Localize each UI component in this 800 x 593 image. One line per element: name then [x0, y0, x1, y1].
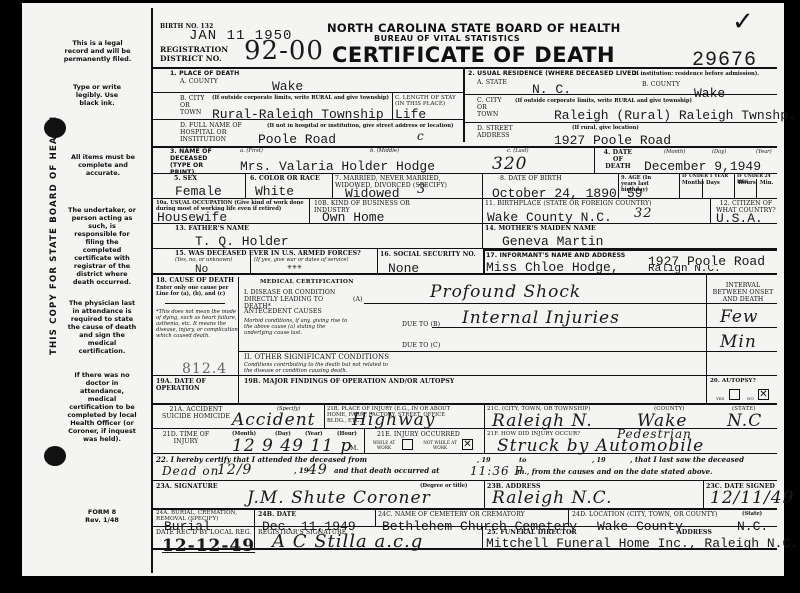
deceased-name-value: Mrs. Valaria Holder Hodge — [240, 160, 435, 174]
row-divider — [152, 92, 463, 93]
informant-label: 17. INFORMANT'S NAME AND ADDRESS — [486, 252, 625, 259]
seen-on: Dead on — [162, 462, 219, 480]
cause-a-line — [364, 303, 706, 304]
other-conditions-note: Conditions contributing to the death but… — [244, 362, 394, 374]
residence-city-value: Raleigh (Rural) Raleigh Twnshp. — [554, 109, 796, 123]
col-divider — [482, 223, 483, 248]
certify-text-2: and that death occurred at — [334, 468, 439, 474]
col-divider — [377, 248, 378, 273]
row-divider — [706, 303, 777, 304]
street-note: (If rural, give location) — [572, 125, 639, 131]
autopsy-label: 20. AUTOPSY? — [710, 378, 756, 385]
col-divider — [756, 179, 757, 198]
col-divider — [309, 198, 310, 223]
seen-date: 12/9 — [217, 461, 252, 479]
injury-type-value: Accident — [232, 411, 315, 429]
burial-date-label: 24b. DATE — [258, 511, 296, 518]
coroner-note: If there was no doctor in attendance, me… — [66, 371, 138, 443]
form-number: FORM 8 — [77, 508, 127, 516]
date-signed-value: 12/11/49 — [710, 489, 794, 507]
death-year-label: (Year) — [756, 149, 772, 155]
bureau-title: BUREAU OF VITAL STATISTICS — [374, 34, 520, 43]
cause-a-label: (a) — [353, 296, 363, 303]
informant-top — [483, 249, 777, 251]
cause-a-value: Profound Shock — [430, 283, 581, 301]
hospital-label: d. FULL NAME OF HOSPITAL OR INSTITUTION — [180, 122, 255, 143]
district-label: DISTRICT NO. — [160, 55, 222, 63]
vertical-copy-label: THIS COPY FOR STATE BOARD OF HEALTH — [49, 116, 59, 355]
burial-location-label: 24d. LOCATION (City, town, or county) — [572, 511, 718, 518]
injury-time-label: 21d. TIME OF INJURY — [156, 431, 216, 445]
row-divider — [152, 119, 463, 120]
row-divider — [152, 480, 777, 481]
not-at-work-label: NOT WHILE AT WORK — [422, 440, 458, 450]
autopsy-no-checkbox[interactable]: ✕ — [758, 389, 769, 400]
funeral-address-label: ADDRESS — [677, 529, 712, 536]
armed-dates-value: ✳✳✳ — [287, 264, 302, 271]
death-county-label: a. COUNTY — [180, 78, 218, 85]
checkmark-icon: ✓ — [732, 7, 754, 37]
section-divider — [152, 273, 777, 275]
sex-label: 5. SEX — [174, 175, 197, 182]
section-1-2-divider — [463, 67, 465, 142]
stay-divider — [392, 92, 393, 119]
hours-label: Hours — [738, 180, 756, 186]
signature-value: J.M. Shute Coroner — [247, 489, 431, 507]
row-divider — [238, 351, 777, 352]
residence-state-label: a. STATE — [477, 79, 507, 86]
complete-note: All items must be complete and accurate. — [67, 153, 139, 177]
days-label: Days — [706, 180, 720, 186]
birthplace-label: 11. BIRTHPLACE (State or foreign country… — [485, 200, 652, 207]
col-divider — [679, 173, 680, 198]
hospital-mark: c — [417, 127, 425, 145]
row-divider — [152, 453, 777, 454]
interval-b-value: Few — [720, 308, 758, 326]
board-title: NORTH CAROLINA STATE BOARD OF HEALTH — [327, 21, 621, 35]
mother-label: 14. MOTHER'S MAIDEN NAME — [485, 225, 596, 232]
legal-record-note: This is a legal record and will be perma… — [60, 39, 135, 63]
seen-year: 49 — [308, 461, 328, 479]
col-divider — [375, 508, 376, 526]
birthplace-mark: 32 — [634, 205, 653, 223]
ssn-label: 16. SOCIAL SECURITY NO. — [380, 251, 476, 258]
received-value: 12-12-49 — [162, 537, 255, 555]
mother-value: Geneva Martin — [502, 235, 603, 249]
col-divider — [568, 508, 569, 526]
findings-label: 19b. MAJOR FINDINGS OF OPERATION AND/OR … — [244, 378, 454, 385]
row-divider — [463, 94, 777, 95]
street-label: d. STREET ADDRESS — [477, 125, 527, 139]
cause-of-death-label: 18. CAUSE OF DEATH — [156, 277, 234, 284]
burial-location-value: Wake County — [597, 520, 683, 534]
funeral-director-label: 25. FUNERAL DIRECTOR — [487, 529, 577, 536]
operation-date-label: 19a. DATE OF OPERATION — [156, 378, 236, 392]
hospital-value: Poole Road — [258, 133, 336, 147]
race-value: White — [255, 185, 294, 199]
col-divider — [254, 508, 255, 526]
autopsy-yes-label: YES — [716, 396, 724, 402]
col-divider — [482, 198, 483, 223]
cause-footnote: *This does not mean the mode of dying, s… — [156, 309, 238, 339]
col-divider — [702, 179, 703, 198]
col-divider — [250, 253, 251, 273]
date-of-death-value: December 9,1949 — [644, 160, 761, 174]
col-divider — [734, 173, 735, 198]
father-value: T. Q. Holder — [195, 235, 289, 249]
residence-county-label: b. COUNTY — [642, 81, 680, 88]
district-number: 92-00 — [244, 38, 324, 64]
injury-occurred-label: 21e. INJURY OCCURRED — [377, 431, 460, 438]
cause-b-value: Internal Injuries — [462, 309, 620, 327]
injury-type-label: 21a. ACCIDENT SUICIDE HOMICIDE — [156, 406, 236, 420]
burial-state-label: (State) — [742, 511, 762, 517]
informant-address-2: Raligh N.C. — [648, 265, 721, 273]
certificate-title: CERTIFICATE OF DEATH — [332, 43, 615, 67]
row-divider — [152, 375, 777, 376]
death-day-label: (Day) — [712, 149, 726, 155]
signature-label: 23a. SIGNATURE — [156, 483, 218, 490]
col-divider — [482, 526, 483, 548]
col-divider — [324, 403, 325, 428]
months-label: Months — [682, 180, 704, 186]
certify-text-1d: , 19 — [592, 457, 606, 463]
autopsy-no-label: NO — [747, 396, 754, 402]
signer-address-value: Raleigh N.C. — [492, 489, 613, 507]
medical-cert-label: MEDICAL CERTIFICATION — [260, 279, 354, 286]
residence-city-note: (If outside corporate limits, write RURA… — [515, 98, 692, 104]
death-certificate: This is a legal record and will be perma… — [22, 3, 784, 576]
first-name-label: a. (First) — [240, 148, 263, 154]
row-divider — [152, 526, 777, 527]
col-divider — [484, 480, 485, 508]
race-label: 6. COLOR OR RACE — [250, 175, 320, 182]
seen-year-prefix: , 19 — [294, 468, 309, 474]
injury-time-m: m. — [350, 445, 359, 452]
cause-c-label: DUE TO (c) — [402, 342, 440, 349]
punch-hole-bottom — [44, 446, 66, 466]
other-conditions-label: II. OTHER SIGNIFICANT CONDITIONS — [244, 354, 389, 361]
col-divider — [483, 248, 485, 273]
col-divider — [332, 173, 333, 198]
deceased-name-label: 3. NAME OF DECEASED (Type or Print) — [170, 148, 215, 176]
row-divider — [152, 198, 777, 199]
residence-city-label: c. CITY OR TOWN — [477, 97, 507, 118]
col-divider — [618, 173, 619, 198]
antecedent-note: Morbid conditions, if any, giving rise t… — [244, 318, 349, 336]
col-divider — [238, 375, 239, 403]
date-of-death-label: 4. DATE OF DEATH — [602, 149, 634, 170]
antecedent-label: ANTECEDENT CAUSES — [244, 308, 322, 315]
hospital-note: (If not in hospital or institution, give… — [267, 123, 467, 129]
cemetery-label: 24c. NAME OF CEMETERY OR CREMATORY — [378, 511, 525, 518]
armed-forces-label: 15. WAS DECEASED EVER IN U.S. ARMED FORC… — [175, 250, 361, 257]
marital-mark: 3 — [417, 181, 426, 199]
physician-note: The physician last in attendance is requ… — [66, 299, 138, 355]
injury-place-value: Highway — [352, 411, 435, 429]
short-rule — [165, 303, 225, 304]
col-divider — [254, 526, 255, 548]
row-divider — [152, 223, 777, 224]
autopsy-yes-checkbox[interactable] — [729, 389, 740, 400]
burial-state-value: N.C. — [737, 520, 768, 534]
certify-text-1e: , that I last saw the deceased — [630, 457, 744, 463]
row-divider — [706, 327, 777, 328]
cause-b-line — [432, 327, 706, 328]
at-work-label: WHILE AT WORK — [368, 440, 400, 450]
stay-label: c. LENGTH OF STAY (in this place) — [395, 95, 461, 107]
birth-date-label: 8. DATE OF BIRTH — [500, 175, 562, 182]
death-city-note: (If outside corporate limits, write RURA… — [212, 95, 392, 101]
col-divider — [710, 198, 711, 223]
at-work-checkbox[interactable] — [402, 439, 413, 450]
residence-label: 2. USUAL RESIDENCE (Where deceased lived… — [468, 70, 639, 77]
armed-dates-note: (If yes, give war or dates of service) — [254, 257, 349, 263]
interval-divider — [706, 273, 707, 403]
form-bottom-border — [152, 548, 777, 550]
last-name-mark: 320 — [492, 155, 527, 173]
certify-text-3: m., from the causes and on the date stat… — [517, 469, 713, 475]
type-legibly-note: Type or write legibly. Use black ink. — [67, 83, 127, 107]
col-divider — [364, 428, 365, 453]
direct-cause-label: I. DISEASE OR CONDITION DIRECTLY LEADING… — [244, 289, 344, 310]
death-city-label: b. CITY OR TOWN — [180, 95, 210, 116]
col-divider — [703, 480, 704, 508]
undertaker-note: The undertaker, or person acting as such… — [66, 206, 138, 286]
row-divider — [463, 122, 777, 123]
father-label: 13. FATHER'S NAME — [175, 225, 249, 232]
interval-c-value: Min — [720, 333, 757, 351]
received-label: DATE REC'D BY LOCAL REG. — [156, 529, 256, 536]
not-at-work-checkbox[interactable]: ✕ — [462, 439, 473, 450]
place-of-death-label: 1. PLACE OF DEATH — [170, 70, 239, 77]
form-revision: Rev. 1/48 — [77, 516, 127, 524]
cause-col-divider — [238, 277, 239, 375]
min-label: Min. — [760, 180, 773, 186]
death-month-label: (Month) — [664, 149, 685, 155]
middle-name-label: b. (Middle) — [370, 148, 399, 154]
col-divider — [245, 173, 246, 198]
registration-label: REGISTRATION — [160, 46, 228, 54]
residence-note: If institution: residence before admissi… — [634, 71, 759, 77]
section-divider — [152, 403, 777, 405]
sex-value: Female — [175, 185, 222, 199]
col-divider — [482, 173, 483, 198]
date-of-death-divider — [594, 146, 595, 173]
death-time: 11:36 P — [470, 462, 523, 480]
interval-label: INTERVAL BETWEEN ONSET AND DEATH — [709, 282, 777, 303]
cause-note: Enter only one cause per Line for (a), (… — [156, 285, 236, 297]
